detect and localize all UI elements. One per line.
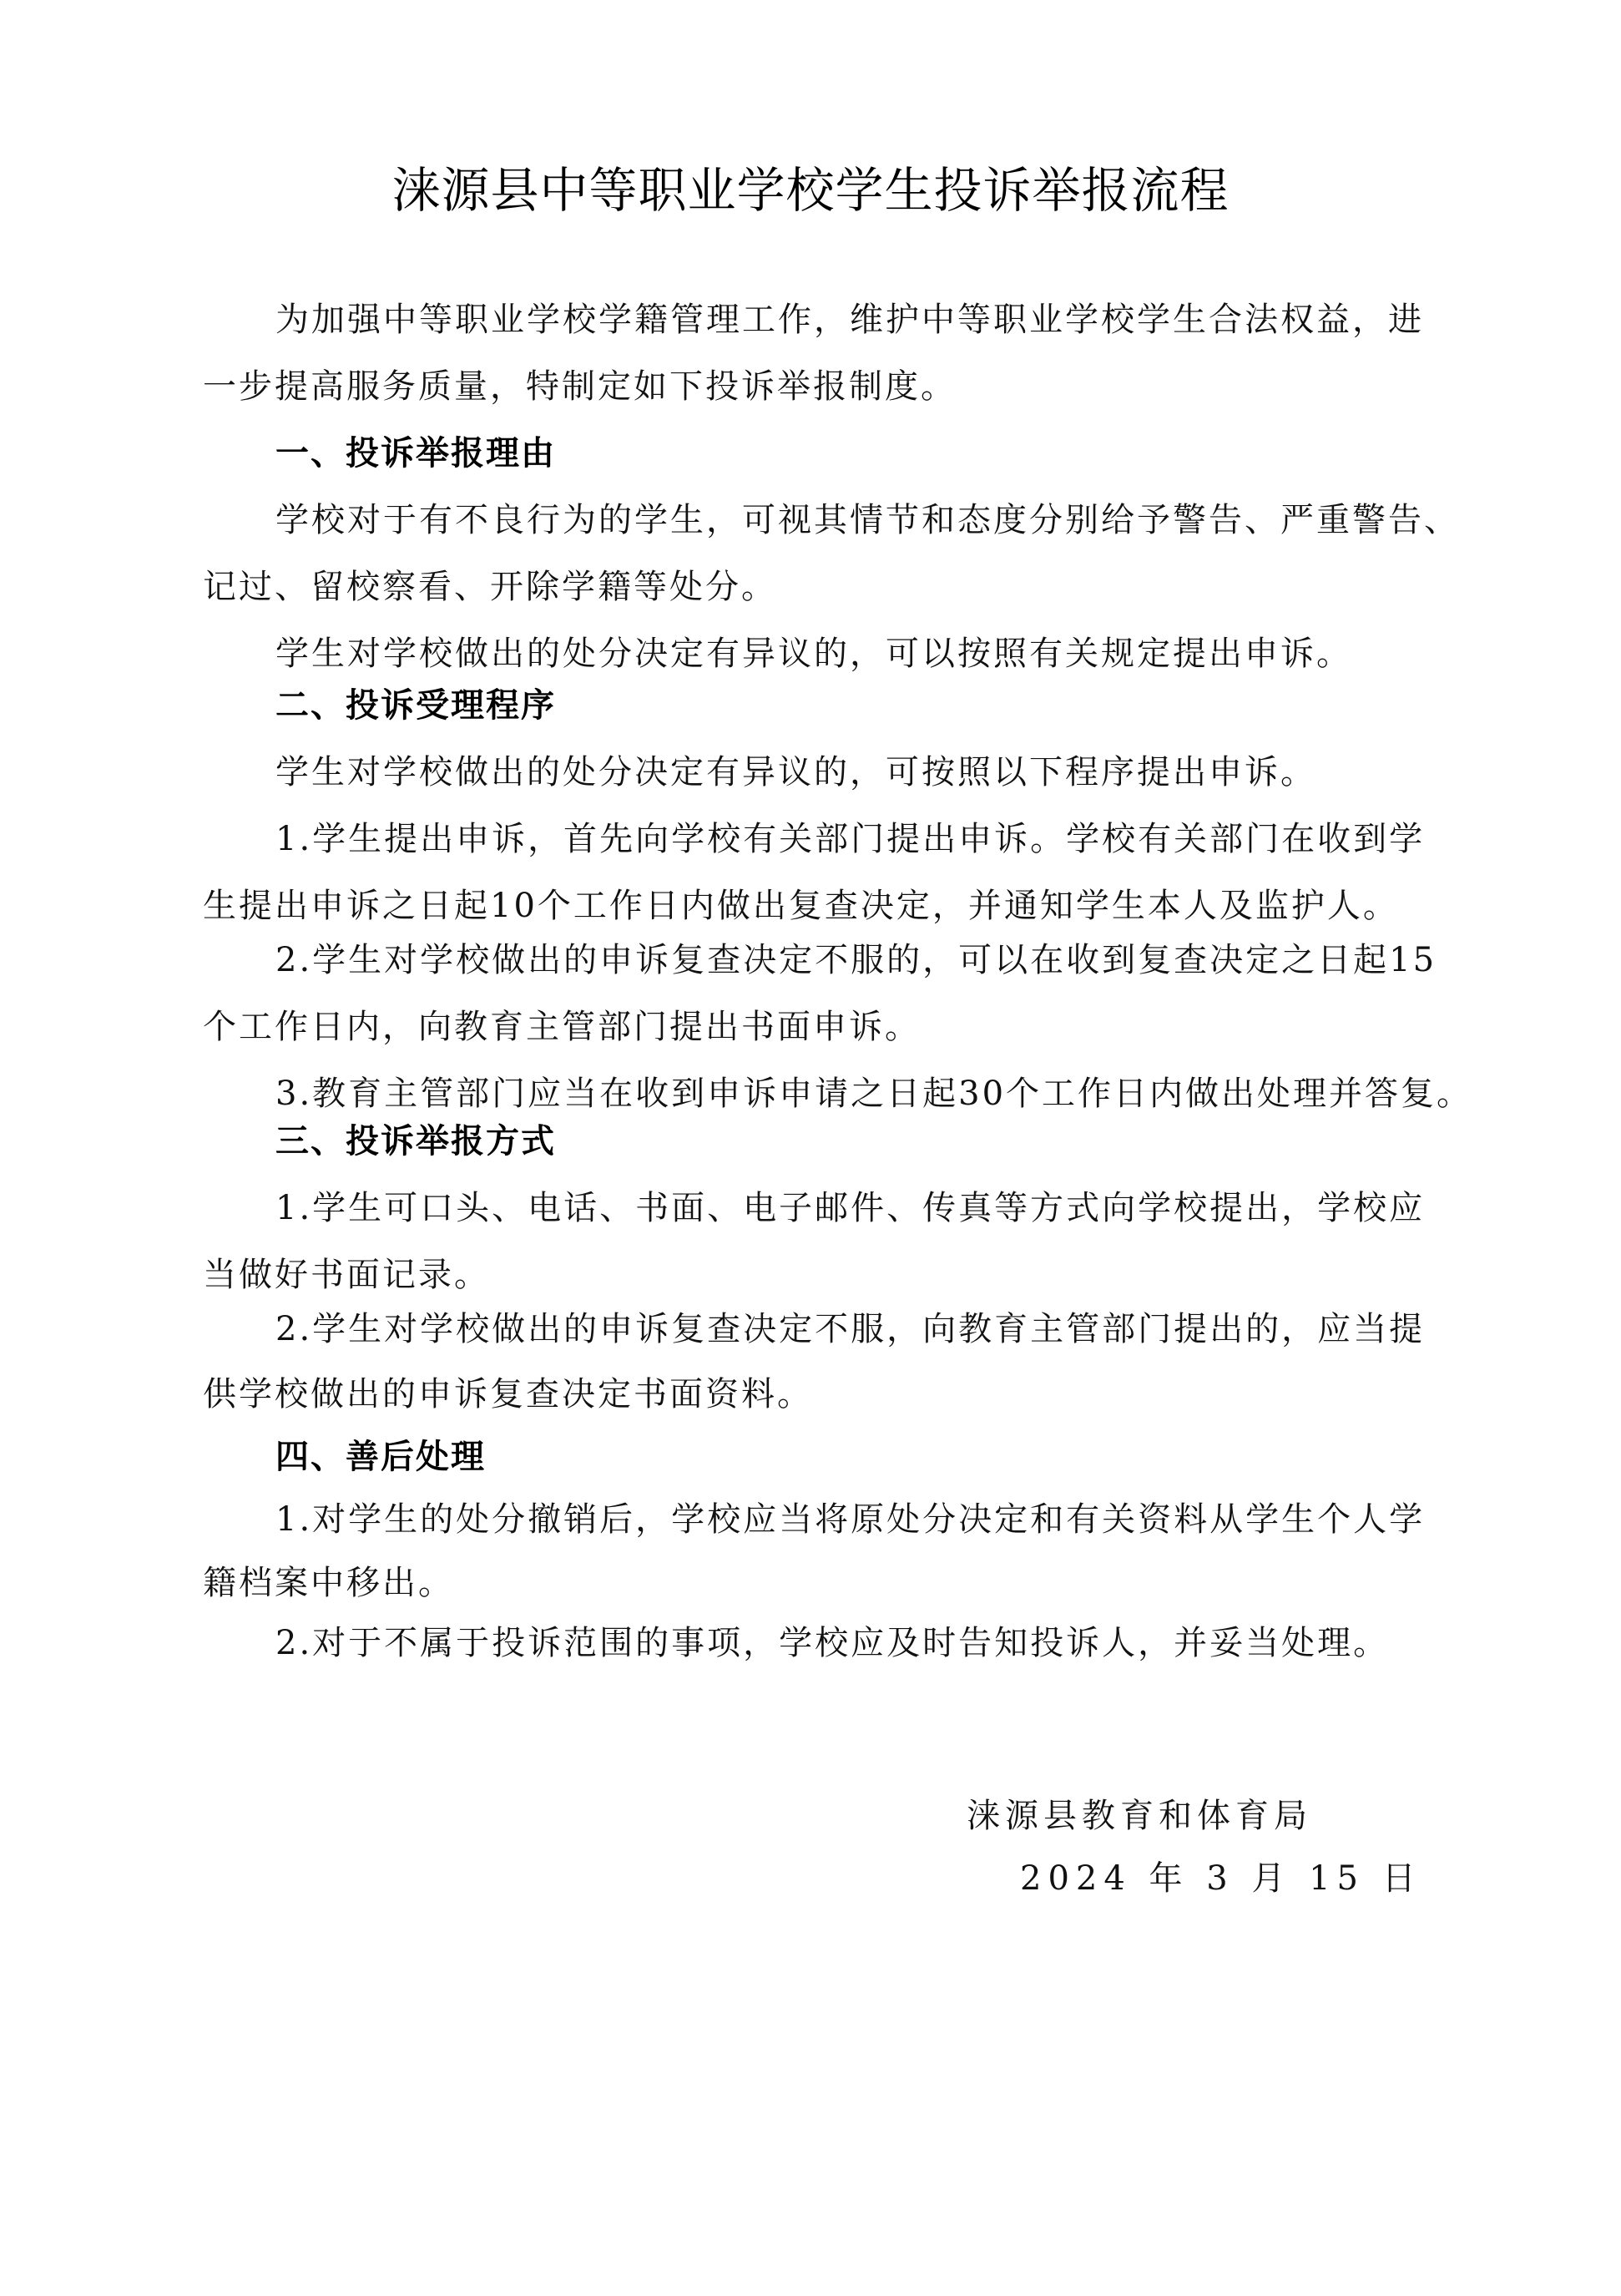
signature-organization: 涞源县教育和体育局 xyxy=(967,1791,1312,1841)
paragraph-line: 1.学生提出申诉，首先向学校有关部门提出申诉。学校有关部门在收到学 xyxy=(275,814,1502,864)
intro-line: 为加强中等职业学校学籍管理工作，维护中等职业学校学生合法权益，进 xyxy=(275,295,1502,345)
document-page: 涞源县中等职业学校学生投诉举报流程 为加强中等职业学校学籍管理工作，维护中等职业… xyxy=(0,0,1621,2296)
section-heading: 二、投诉受理程序 xyxy=(275,680,1502,731)
document-title: 涞源县中等职业学校学生投诉举报流程 xyxy=(0,157,1621,224)
paragraph-line: 个工作日内，向教育主管部门提出书面申诉。 xyxy=(203,1002,1430,1052)
paragraph-line: 学生对学校做出的处分决定有异议的，可按照以下程序提出申诉。 xyxy=(275,747,1502,797)
paragraph-line: 1.对学生的处分撤销后，学校应当将原处分决定和有关资料从学生个人学 xyxy=(275,1494,1502,1545)
paragraph-line: 3.教育主管部门应当在收到申诉申请之日起30个工作日内做出处理并答复。 xyxy=(275,1069,1502,1119)
paragraph-line: 2.学生对学校做出的申诉复查决定不服的，可以在收到复查决定之日起15 xyxy=(275,935,1502,985)
paragraph-line: 籍档案中移出。 xyxy=(203,1558,1430,1608)
intro-line: 一步提高服务质量，特制定如下投诉举报制度。 xyxy=(203,362,1430,412)
section-heading: 四、善后处理 xyxy=(275,1432,1502,1482)
paragraph-line: 学生对学校做出的处分决定有异议的，可以按照有关规定提出申诉。 xyxy=(275,629,1502,679)
paragraph-line: 学校对于有不良行为的学生，可视其情节和态度分别给予警告、严重警告、 xyxy=(275,495,1502,545)
paragraph-line: 生提出申诉之日起10个工作日内做出复查决定，并通知学生本人及监护人。 xyxy=(203,881,1430,931)
paragraph-line: 2.对于不属于投诉范围的事项，学校应及时告知投诉人，并妥当处理。 xyxy=(275,1618,1502,1668)
paragraph-line: 1.学生可口头、电话、书面、电子邮件、传真等方式向学校提出，学校应 xyxy=(275,1183,1502,1233)
section-heading: 一、投诉举报理由 xyxy=(275,428,1502,478)
paragraph-line: 记过、留校察看、开除学籍等处分。 xyxy=(203,562,1430,612)
signature-date: 2024 年 3 月 15 日 xyxy=(1020,1853,1422,1904)
paragraph-line: 供学校做出的申诉复查决定书面资料。 xyxy=(203,1369,1430,1419)
paragraph-line: 当做好书面记录。 xyxy=(203,1250,1430,1300)
paragraph-line: 2.学生对学校做出的申诉复查决定不服，向教育主管部门提出的，应当提 xyxy=(275,1304,1502,1354)
section-heading: 三、投诉举报方式 xyxy=(275,1116,1502,1166)
